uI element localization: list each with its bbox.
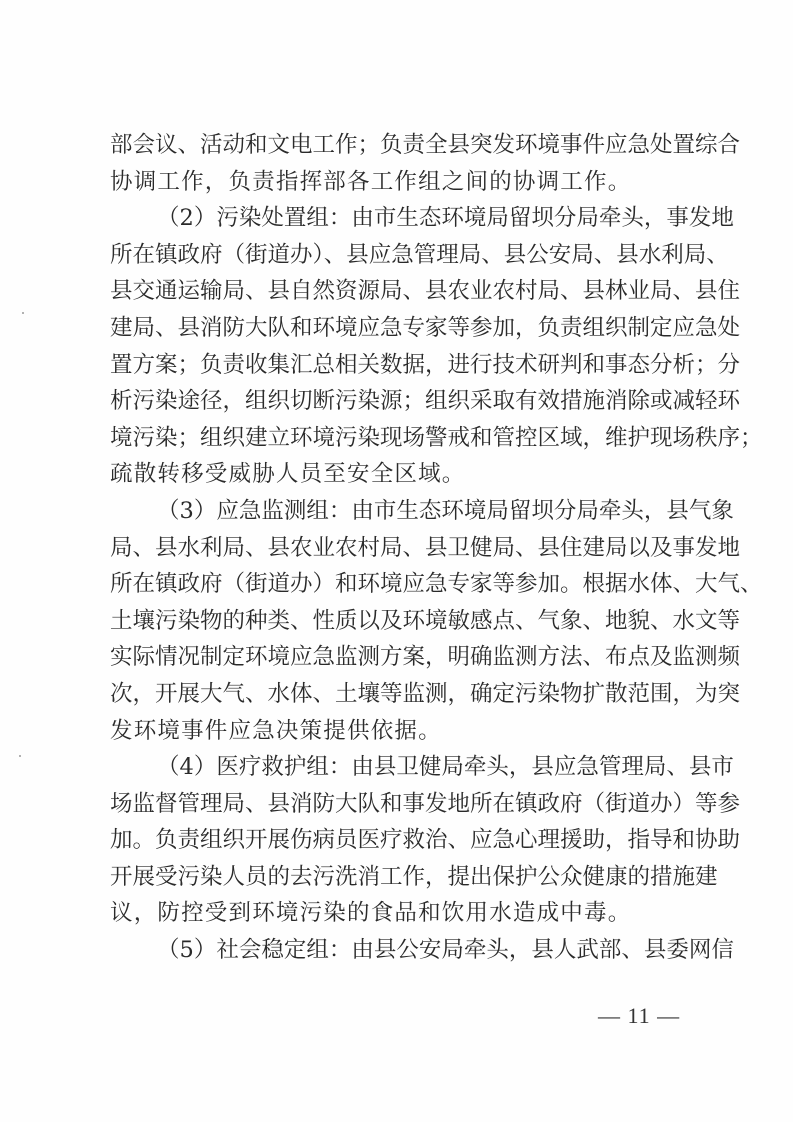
text-line: 局、县水利局、县农业农村局、县卫健局、县住建局以及事发地 xyxy=(110,530,700,567)
section-heading-medical-rescue: （4）医疗救护组：由县卫健局牵头，县应急管理局、县市 xyxy=(110,749,700,786)
section-heading-social-stability: （5）社会稳定组：由县公安局牵头，县人武部、县委网信 xyxy=(110,932,700,969)
document-page: 部会议、活动和文电工作；负责全县突发环境事件应急处置综合 协调工作，负责指挥部各… xyxy=(0,0,793,1122)
text-line: 部会议、活动和文电工作；负责全县突发环境事件应急处置综合 xyxy=(110,127,700,164)
text-line: 置方案；负责收集汇总相关数据，进行技术研判和事态分析；分 xyxy=(110,347,700,384)
text-line: 境污染；组织建立环境污染现场警戒和管控区域，维护现场秩序； xyxy=(110,420,700,457)
text-line: 发环境事件应急决策提供依据。 xyxy=(110,713,700,750)
page-number: — 11 — xyxy=(598,1003,680,1029)
text-line: 所在镇政府（街道办）、县应急管理局、县公安局、县水利局、 xyxy=(110,237,700,274)
text-line: 土壤污染物的种类、性质以及环境敏感点、气象、地貌、水文等 xyxy=(110,603,700,640)
section-heading-pollution-disposal: （2）污染处置组：由市生态环境局留坝分局牵头，事发地 xyxy=(110,200,700,237)
section-heading-emergency-monitoring: （3）应急监测组：由市生态环境局留坝分局牵头，县气象 xyxy=(110,493,700,530)
text-line: 析污染途径，组织切断污染源；组织采取有效措施消除或减轻环 xyxy=(110,383,700,420)
document-body: 部会议、活动和文电工作；负责全县突发环境事件应急处置综合 协调工作，负责指挥部各… xyxy=(110,127,700,969)
text-line: 疏散转移受威胁人员至安全区域。 xyxy=(110,456,700,493)
text-line: 实际情况制定环境应急监测方案，明确监测方法、布点及监测频 xyxy=(110,639,700,676)
text-line: 议，防控受到环境污染的食品和饮用水造成中毒。 xyxy=(110,895,700,932)
text-line: 建局、县消防大队和环境应急专家等参加，负责组织制定应急处 xyxy=(110,310,700,347)
text-line: 县交通运输局、县自然资源局、县农业农村局、县林业局、县住 xyxy=(110,273,700,310)
text-line: 场监督管理局、县消防大队和事发地所在镇政府（街道办）等参 xyxy=(110,786,700,823)
text-line: 开展受污染人员的去污洗消工作，提出保护公众健康的措施建 xyxy=(110,859,700,896)
text-line: 协调工作，负责指挥部各工作组之间的协调工作。 xyxy=(110,164,700,201)
text-line: 加。负责组织开展伤病员医疗救治、应急心理援助，指导和协助 xyxy=(110,822,700,859)
scan-speck xyxy=(22,312,24,314)
text-line: 次，开展大气、水体、土壤等监测，确定污染物扩散范围，为突 xyxy=(110,676,700,713)
text-line: 所在镇政府（街道办）和环境应急专家等参加。根据水体、大气、 xyxy=(110,566,700,603)
scan-speck xyxy=(19,755,21,757)
